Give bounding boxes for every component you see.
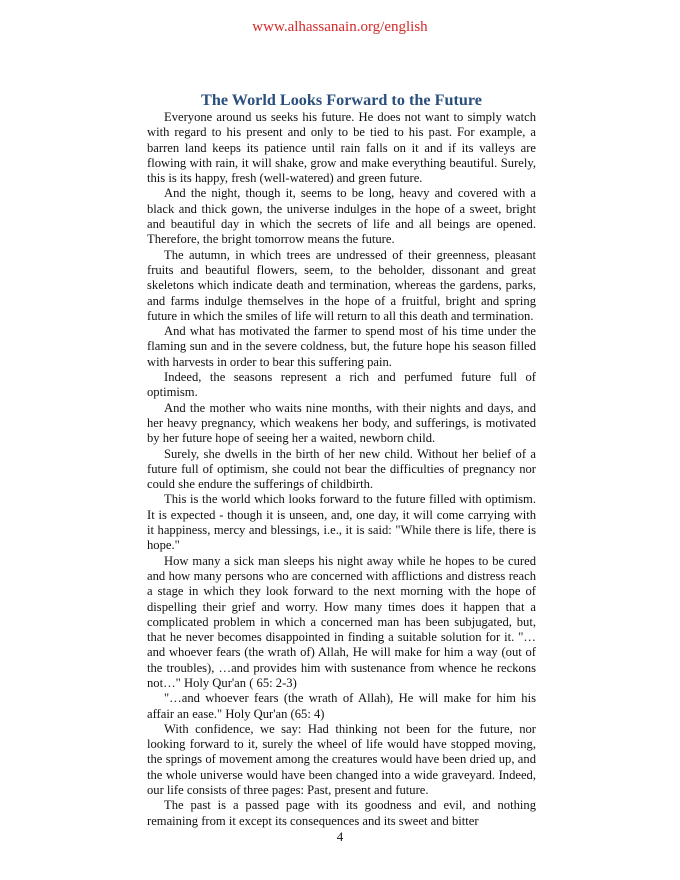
paragraph: How many a sick man sleeps his night awa… [147, 554, 536, 692]
paragraph: The past is a passed page with its goodn… [147, 798, 536, 829]
paragraph: Indeed, the seasons represent a rich and… [147, 370, 536, 401]
header-url: www.alhassanain.org/english [0, 19, 680, 36]
paragraph: "…and whoever fears (the wrath of Allah)… [147, 691, 536, 722]
page-title: The World Looks Forward to the Future [147, 91, 536, 110]
paragraph: Surely, she dwells in the birth of her n… [147, 447, 536, 493]
paragraph: And what has motivated the farmer to spe… [147, 324, 536, 370]
paragraph: The autumn, in which trees are undressed… [147, 248, 536, 324]
paragraph: Everyone around us seeks his future. He … [147, 110, 536, 186]
paragraph: With confidence, we say: Had thinking no… [147, 722, 536, 798]
paragraph: And the mother who waits nine months, wi… [147, 401, 536, 447]
paragraph: This is the world which looks forward to… [147, 492, 536, 553]
page-number: 4 [0, 829, 680, 845]
document-body: The World Looks Forward to the Future Ev… [147, 91, 536, 829]
paragraph: And the night, though it, seems to be lo… [147, 186, 536, 247]
